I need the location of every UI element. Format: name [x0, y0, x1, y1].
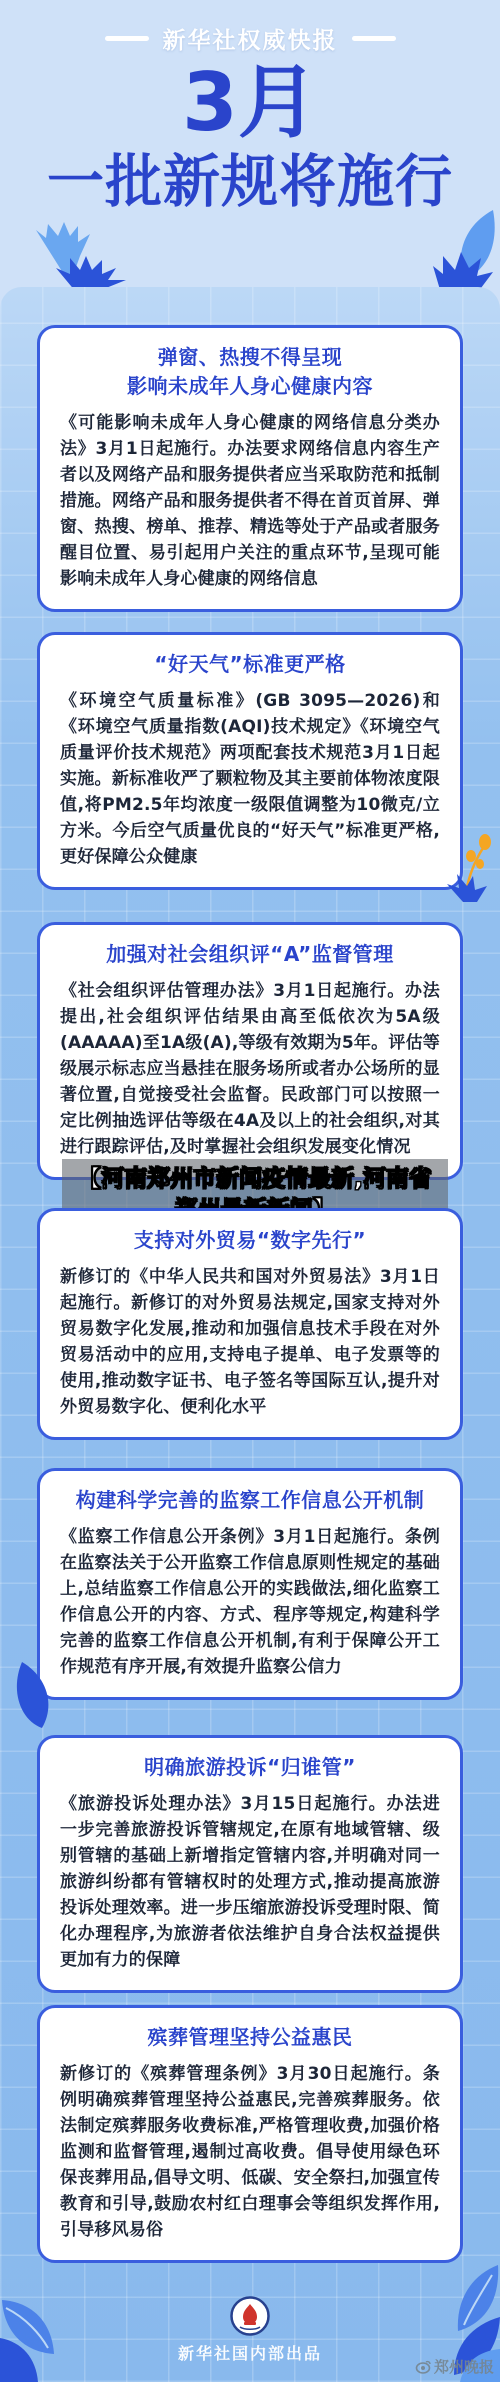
leaf-decoration-bottom-left: [0, 2282, 80, 2382]
section-title: 明确旅游投诉“归谁管”: [60, 1753, 440, 1782]
kicker-dash-right: [352, 36, 396, 41]
section-title: 加强对社会组织评“A”监督管理: [60, 940, 440, 969]
weibo-icon: [415, 2359, 431, 2375]
xinhua-logo-icon: [230, 2296, 270, 2336]
section-body: 新修订的《殡葬管理条例》3月30日起施行。条例明确殡葬管理坚持公益惠民,完善殡葬…: [60, 2061, 440, 2243]
section-card-supervision-information: 构建科学完善的监察工作信息公开机制 《监察工作信息公开条例》3月1日起施行。条例…: [37, 1468, 463, 1700]
section-title: 支持对外贸易“数字先行”: [60, 1226, 440, 1255]
section-body: 《社会组织评估管理办法》3月1日起施行。办法提出,社会组织评估结果由高至低依次为…: [60, 978, 440, 1160]
kicker-dash-left: [105, 36, 149, 41]
section-body: 《环境空气质量标准》(GB 3095—2026)和《环境空气质量指数(AQI)技…: [60, 688, 440, 870]
leaf-decoration-left: [12, 1662, 56, 1732]
section-title: “好天气”标准更严格: [60, 650, 440, 679]
section-title: 构建科学完善的监察工作信息公开机制: [60, 1486, 440, 1515]
kicker-row: 新华社权威快报: [0, 22, 500, 55]
section-card-funeral-management: 殡葬管理坚持公益惠民 新修订的《殡葬管理条例》3月30日起施行。条例明确殡葬管理…: [37, 2005, 463, 2263]
watermark-text: 郑州晚报: [434, 2356, 494, 2377]
leaf-fan-decoration-top-left: [18, 222, 133, 292]
poster-title-month: 3月: [0, 60, 500, 146]
section-card-air-quality: “好天气”标准更严格 《环境空气质量标准》(GB 3095—2026)和《环境空…: [37, 632, 463, 890]
section-title: 弹窗、热搜不得呈现 影响未成年人身心健康内容: [60, 343, 440, 401]
section-body: 《旅游投诉处理办法》3月15日起施行。办法进一步完善旅游投诉管辖规定,在原有地域…: [60, 1791, 440, 1973]
section-card-foreign-trade: 支持对外贸易“数字先行” 新修订的《中华人民共和国对外贸易法》3月1日起施行。新…: [37, 1208, 463, 1440]
section-card-social-organizations: 加强对社会组织评“A”监督管理 《社会组织评估管理办法》3月1日起施行。办法提出…: [37, 922, 463, 1180]
section-card-minors-online-content: 弹窗、热搜不得呈现 影响未成年人身心健康内容 《可能影响未成年人身心健康的网络信…: [37, 325, 463, 612]
section-body: 新修订的《中华人民共和国对外贸易法》3月1日起施行。新修订的对外贸易法规定,国家…: [60, 1264, 440, 1420]
news-poster: 新华社权威快报 3月 一批新规将施行 弹窗、热搜不得呈现 影响未成年人身心健康内…: [0, 0, 500, 2382]
section-title: 殡葬管理坚持公益惠民: [60, 2023, 440, 2052]
poster-title-main: 一批新规将施行: [0, 150, 500, 214]
section-card-tourism-complaints: 明确旅游投诉“归谁管” 《旅游投诉处理办法》3月15日起施行。办法进一步完善旅游…: [37, 1735, 463, 1993]
kicker-text: 新华社权威快报: [163, 22, 338, 55]
flower-decoration: [443, 830, 493, 902]
section-body: 《监察工作信息公开条例》3月1日起施行。条例在监察法关于公开监察工作信息原则性规…: [60, 1524, 440, 1680]
section-body: 《可能影响未成年人身心健康的网络信息分类办法》3月1日起施行。办法要求网络信息内…: [60, 410, 440, 592]
watermark-badge: 郑州晚报: [415, 2356, 494, 2377]
